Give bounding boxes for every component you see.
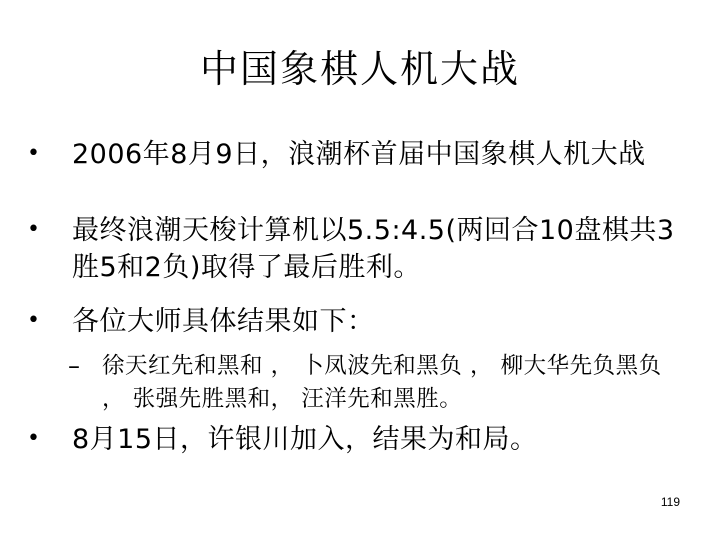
bullet-icon: • — [27, 136, 40, 172]
bullet-icon: • — [27, 421, 40, 457]
dash-icon: – — [68, 350, 80, 383]
bullet-text: 最终浪潮天梭计算机以5.5:4.5(两回合10盘棋共3胜5和2负)取得了最后胜利… — [72, 212, 692, 286]
bullet-text: 8月15日，许银川加入，结果为和局。 — [72, 421, 692, 458]
slide-title: 中国象棋人机大战 — [0, 44, 720, 94]
bullet-icon: • — [27, 303, 40, 339]
sub-bullet-text: 徐天红先和黑和 ， 卜凤波先和黑负 ， 柳大华先负黑负 ， 张强先胜黑和， 汪洋… — [102, 350, 692, 416]
bullet-text: 2006年8月9日，浪潮杯首届中国象棋人机大战 — [72, 136, 692, 173]
bullet-icon: • — [27, 212, 40, 248]
page-number: 119 — [640, 495, 680, 509]
bullet-text: 各位大师具体结果如下： — [72, 303, 692, 340]
